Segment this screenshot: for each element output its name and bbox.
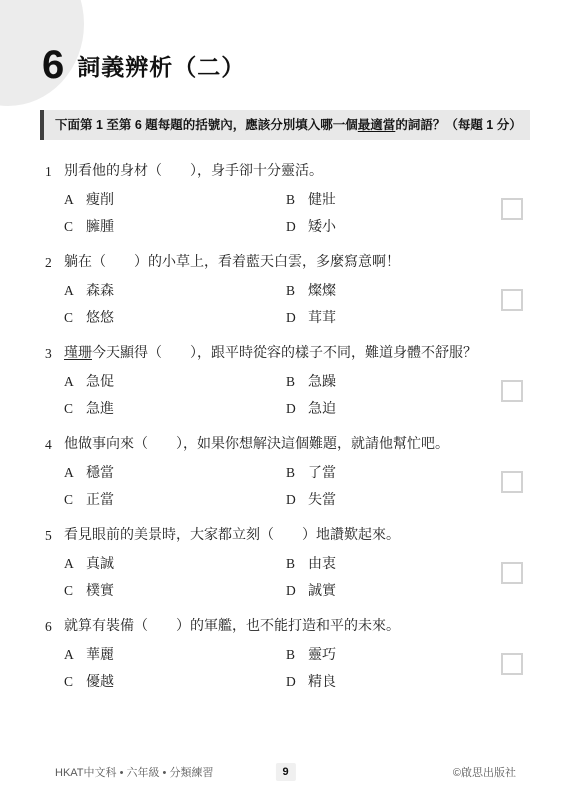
- answer-box-1[interactable]: [501, 198, 523, 220]
- question-5-options: A真誠 B由衷 C樸實 D誠實: [64, 554, 530, 602]
- option-b: B急躁: [286, 372, 530, 393]
- question-6-options: A華麗 B靈巧 C優越 D精良: [64, 645, 530, 693]
- option-a: A瘦削: [64, 190, 286, 211]
- answer-box-2[interactable]: [501, 289, 523, 311]
- page-footer: HKAT中文科 • 六年級 • 分類練習 9 ©啟思出版社: [55, 764, 516, 780]
- instruction-box: 下面第 1 至第 6 題每題的括號內，應該分別填入哪一個最適當的詞語？（每題 1…: [40, 110, 530, 140]
- page-number-badge: 9: [275, 763, 295, 781]
- question-stem-text: 別看他的身材（ ），身手卻十分靈活。: [64, 162, 323, 182]
- option-a: A急促: [64, 372, 286, 393]
- question-number: 6: [45, 617, 64, 637]
- option-d: D茸茸: [286, 308, 530, 329]
- unit-number: 6: [42, 46, 64, 84]
- question-stem-text: 瑾珊今天顯得（ ），跟平時從容的樣子不同，難道身體不舒服？: [64, 344, 477, 364]
- question-4-options: A穩當 B了當 C正當 D失當: [64, 463, 530, 511]
- question-6-stem: 6 就算有裝備（ ）的軍艦，也不能打造和平的未來。: [45, 617, 530, 637]
- question-4-stem: 4 他做事向來（ ），如果你想解決這個難題，就請他幫忙吧。: [45, 435, 530, 455]
- option-d: D誠實: [286, 581, 530, 602]
- question-2-stem: 2 躺在（ ）的小草上，看着藍天白雲，多麼寫意啊！: [45, 253, 530, 273]
- option-b: B靈巧: [286, 645, 530, 666]
- option-d: D矮小: [286, 217, 530, 238]
- question-2-options: A森森 B燦燦 C悠悠 D茸茸: [64, 281, 530, 329]
- question-number: 3: [45, 344, 64, 364]
- option-d: D失當: [286, 490, 530, 511]
- question-number: 5: [45, 526, 64, 546]
- question-4: 4 他做事向來（ ），如果你想解決這個難題，就請他幫忙吧。 A穩當 B了當 C正…: [45, 435, 530, 511]
- option-a: A真誠: [64, 554, 286, 575]
- instruction-text-prefix: 下面第 1 至第 6 題每題的括號內，應該分別填入哪一個: [55, 118, 358, 132]
- option-c: C悠悠: [64, 308, 286, 329]
- option-a: A森森: [64, 281, 286, 302]
- question-1-options: A瘦削 B健壯 C臃腫 D矮小: [64, 190, 530, 238]
- page-header: 6 詞義辨析（二）: [0, 0, 566, 84]
- option-c: C急進: [64, 399, 286, 420]
- question-6: 6 就算有裝備（ ）的軍艦，也不能打造和平的未來。 A華麗 B靈巧 C優越 D精…: [45, 617, 530, 693]
- question-number: 4: [45, 435, 64, 455]
- answer-box-3[interactable]: [501, 380, 523, 402]
- question-5: 5 看見眼前的美景時，大家都立刻（ ）地讚歎起來。 A真誠 B由衷 C樸實 D誠…: [45, 526, 530, 602]
- option-c: C正當: [64, 490, 286, 511]
- question-stem-text: 就算有裝備（ ）的軍艦，也不能打造和平的未來。: [64, 617, 400, 637]
- answer-box-5[interactable]: [501, 562, 523, 584]
- option-d: D精良: [286, 672, 530, 693]
- option-d: D急迫: [286, 399, 530, 420]
- instruction-text-suffix: 的詞語？（每題 1 分）: [395, 118, 521, 132]
- option-c: C優越: [64, 672, 286, 693]
- option-c: C臃腫: [64, 217, 286, 238]
- question-5-stem: 5 看見眼前的美景時，大家都立刻（ ）地讚歎起來。: [45, 526, 530, 546]
- question-3-stem: 3 瑾珊今天顯得（ ），跟平時從容的樣子不同，難道身體不舒服？: [45, 344, 530, 364]
- question-2: 2 躺在（ ）的小草上，看着藍天白雲，多麼寫意啊！ A森森 B燦燦 C悠悠 D茸…: [45, 253, 530, 329]
- option-b: B健壯: [286, 190, 530, 211]
- option-c: C樸實: [64, 581, 286, 602]
- page-title: 詞義辨析（二）: [77, 49, 245, 84]
- question-3-options: A急促 B急躁 C急進 D急迫: [64, 372, 530, 420]
- answer-box-4[interactable]: [501, 471, 523, 493]
- option-b: B由衷: [286, 554, 530, 575]
- question-stem-text: 他做事向來（ ），如果你想解決這個難題，就請他幫忙吧。: [64, 435, 449, 455]
- question-list: 1 別看他的身材（ ），身手卻十分靈活。 A瘦削 B健壯 C臃腫 D矮小 2 躺…: [45, 162, 530, 693]
- question-number: 1: [45, 162, 64, 182]
- instruction-text-underlined: 最適當: [358, 118, 396, 132]
- option-a: A華麗: [64, 645, 286, 666]
- question-1-stem: 1 別看他的身材（ ），身手卻十分靈活。: [45, 162, 530, 182]
- option-b: B了當: [286, 463, 530, 484]
- question-1: 1 別看他的身材（ ），身手卻十分靈活。 A瘦削 B健壯 C臃腫 D矮小: [45, 162, 530, 238]
- option-a: A穩當: [64, 463, 286, 484]
- footer-series-label: HKAT中文科 • 六年級 • 分類練習: [55, 764, 213, 780]
- question-stem-text: 躺在（ ）的小草上，看着藍天白雲，多麼寫意啊！: [64, 253, 400, 273]
- question-number: 2: [45, 253, 64, 273]
- question-3: 3 瑾珊今天顯得（ ），跟平時從容的樣子不同，難道身體不舒服？ A急促 B急躁 …: [45, 344, 530, 420]
- option-b: B燦燦: [286, 281, 530, 302]
- question-stem-text: 看見眼前的美景時，大家都立刻（ ）地讚歎起來。: [64, 526, 400, 546]
- answer-box-6[interactable]: [501, 653, 523, 675]
- footer-publisher: ©啟思出版社: [453, 764, 516, 780]
